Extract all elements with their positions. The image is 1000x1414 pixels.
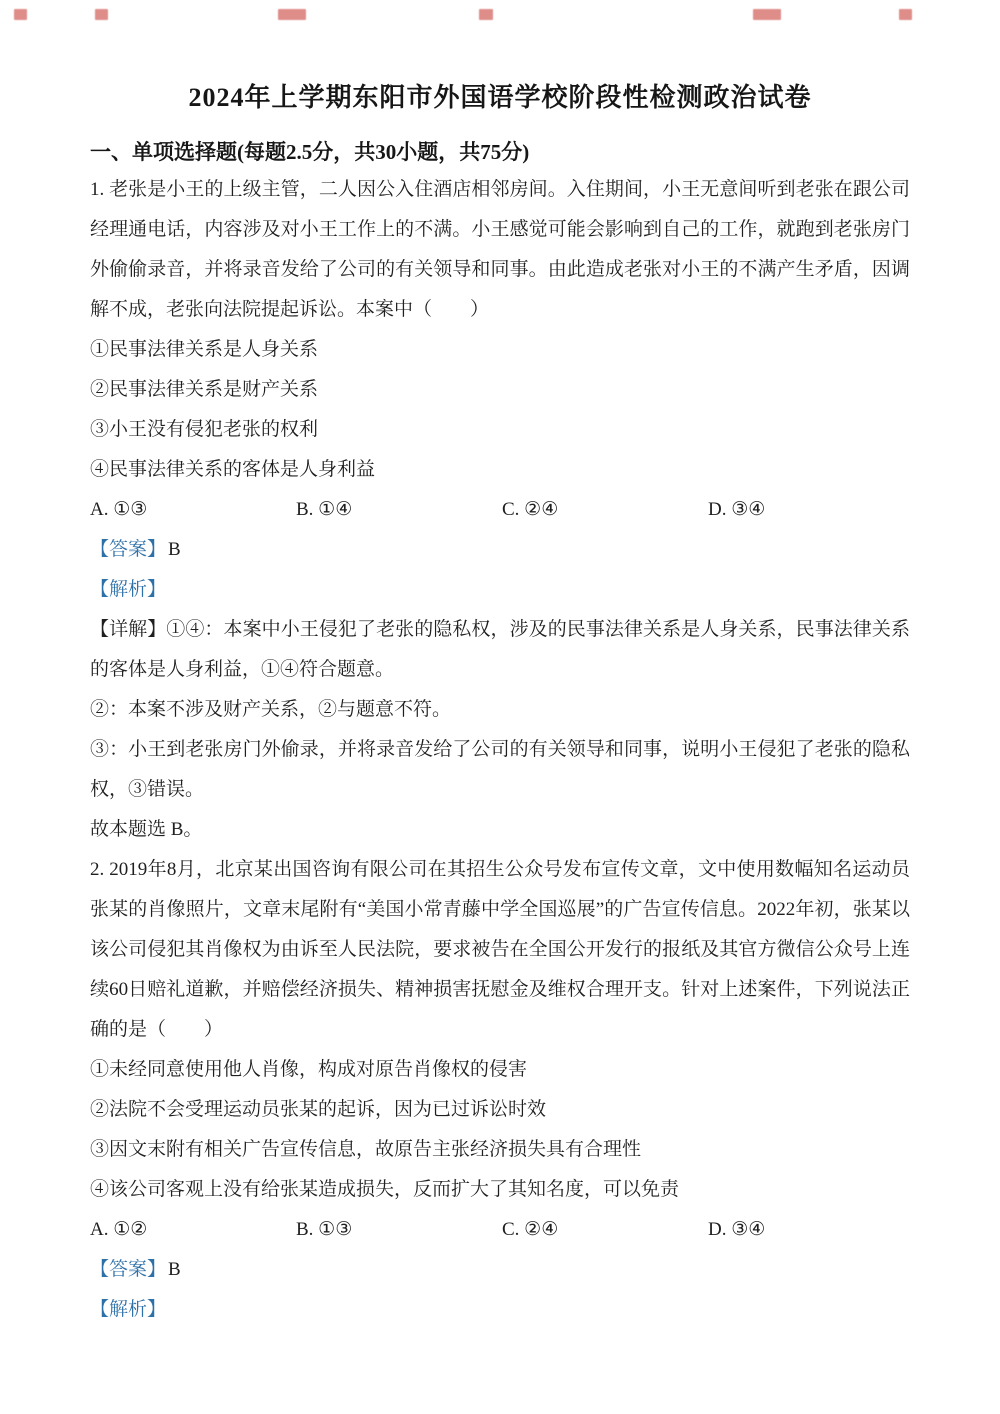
option-c: C. ②④ <box>502 490 708 530</box>
exam-paper-page: 2024年上学期东阳市外国语学校阶段性检测政治试卷 一、单项选择题(每题2.5分… <box>0 0 1000 1414</box>
option-a: A. ①③ <box>90 490 296 530</box>
document-content: 2024年上学期东阳市外国语学校阶段性检测政治试卷 一、单项选择题(每题2.5分… <box>0 0 1000 1330</box>
answer-value: B <box>166 539 181 560</box>
detail-paragraph: ③：小王到老张房门外偷录，并将录音发给了公司的有关领导和同事，说明小王侵犯了老张… <box>90 730 910 810</box>
detail-paragraph: 【详解】①④：本案中小王侵犯了老张的隐私权，涉及的民事法律关系是人身关系，民事法… <box>90 610 910 690</box>
statement-item-3: ③小王没有侵犯老张的权利 <box>90 410 910 450</box>
question-stem: 2. 2019年8月，北京某出国咨询有限公司在其招生公众号发布宣传文章，文中使用… <box>90 850 910 1050</box>
answer-line: 【答案】B <box>90 530 910 570</box>
red-watermark-mark <box>899 9 912 20</box>
option-d: D. ③④ <box>708 1210 910 1250</box>
analysis-label: 【解析】 <box>90 579 166 600</box>
analysis-line: 【解析】 <box>90 570 910 610</box>
answer-line: 【答案】B <box>90 1250 910 1290</box>
red-watermark-mark <box>14 9 27 20</box>
page-title: 2024年上学期东阳市外国语学校阶段性检测政治试卷 <box>90 0 910 116</box>
statement-item-2: ②法院不会受理运动员张某的起诉，因为已过诉讼时效 <box>90 1090 910 1130</box>
statement-item-4: ④民事法律关系的客体是人身利益 <box>90 450 910 490</box>
red-watermark-mark <box>278 9 306 20</box>
option-c: C. ②④ <box>502 1210 708 1250</box>
option-b: B. ①④ <box>296 490 502 530</box>
red-watermark-mark <box>95 9 108 20</box>
option-d: D. ③④ <box>708 490 910 530</box>
question-1: 1. 老张是小王的上级主管，二人因公入住酒店相邻房间。入住期间，小王无意间听到老… <box>90 170 910 850</box>
document-body: 1. 老张是小王的上级主管，二人因公入住酒店相邻房间。入住期间，小王无意间听到老… <box>90 170 910 1330</box>
options-row: A. ①② B. ①③ C. ②④ D. ③④ <box>90 1210 910 1250</box>
statement-item-2: ②民事法律关系是财产关系 <box>90 370 910 410</box>
analysis-line: 【解析】 <box>90 1290 910 1330</box>
statement-item-4: ④该公司客观上没有给张某造成损失，反而扩大了其知名度，可以免责 <box>90 1170 910 1210</box>
statement-item-1: ①未经同意使用他人肖像，构成对原告肖像权的侵害 <box>90 1050 910 1090</box>
answer-label: 【答案】 <box>90 539 166 560</box>
section-heading: 一、单项选择题(每题2.5分，共30小题，共75分) <box>90 136 910 168</box>
statement-item-1: ①民事法律关系是人身关系 <box>90 330 910 370</box>
answer-value: B <box>166 1259 181 1280</box>
detail-paragraph: 故本题选 B。 <box>90 810 910 850</box>
analysis-label: 【解析】 <box>90 1299 166 1320</box>
question-stem: 1. 老张是小王的上级主管，二人因公入住酒店相邻房间。入住期间，小王无意间听到老… <box>90 170 910 330</box>
option-b: B. ①③ <box>296 1210 502 1250</box>
answer-label: 【答案】 <box>90 1259 166 1280</box>
question-2: 2. 2019年8月，北京某出国咨询有限公司在其招生公众号发布宣传文章，文中使用… <box>90 850 910 1330</box>
options-row: A. ①③ B. ①④ C. ②④ D. ③④ <box>90 490 910 530</box>
statement-item-3: ③因文末附有相关广告宣传信息，故原告主张经济损失具有合理性 <box>90 1130 910 1170</box>
option-a: A. ①② <box>90 1210 296 1250</box>
red-watermark-mark <box>479 9 493 20</box>
red-watermark-mark <box>753 9 781 20</box>
detail-paragraph: ②：本案不涉及财产关系，②与题意不符。 <box>90 690 910 730</box>
